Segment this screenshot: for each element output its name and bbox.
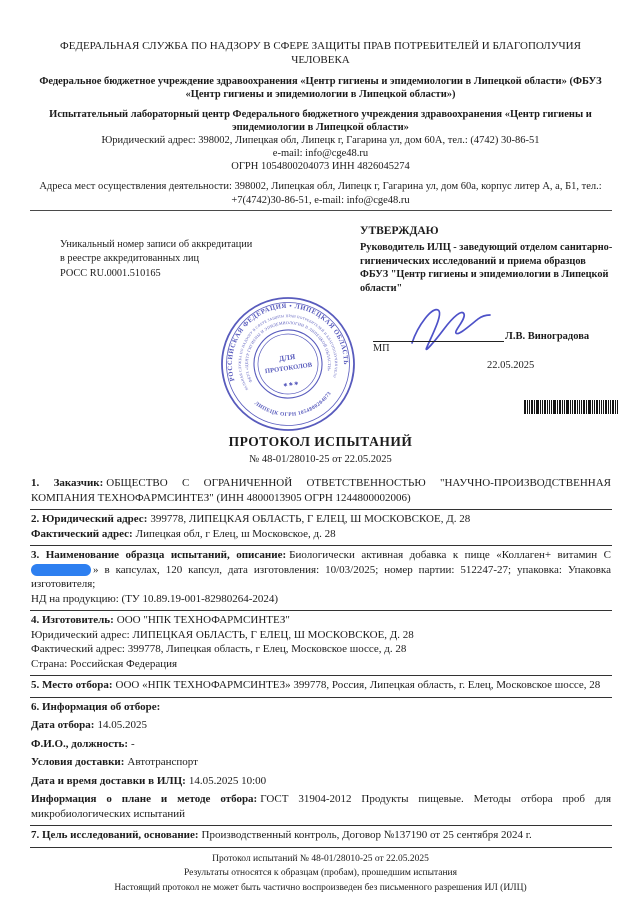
accreditation-block: Уникальный номер записи об аккредитации …: [60, 238, 290, 281]
stamp-center-line-2: ПРОТОКОЛОВ: [265, 362, 314, 376]
protocol-title: ПРОТОКОЛ ИСПЫТАНИЙ: [0, 434, 641, 450]
header-divider-line: [30, 210, 612, 211]
document-header: ФЕДЕРАЛЬНАЯ СЛУЖБА ПО НАДЗОРУ В СФЕРЕ ЗА…: [31, 40, 610, 207]
svg-text:ЛИПЕЦК ОГРН 1054800204073: ЛИПЕЦК ОГРН 1054800204073: [253, 390, 336, 423]
sampling-date-label: Дата отбора:: [31, 719, 94, 731]
footer-reproduction-note: Настоящий протокол не может быть частичн…: [31, 881, 610, 895]
delivery-conditions-label: Условия доставки:: [31, 756, 124, 768]
barcode-icon: [524, 400, 619, 414]
sampling-place-value: ООО «НПК ТЕХНОФАРМСИНТЕЗ» 399778, Россия…: [116, 679, 601, 691]
sampling-info-label: 6. Информация об отборе:: [31, 700, 608, 715]
section-customer-label: 1. Заказчик:: [31, 477, 103, 489]
protocol-document-page: ФЕДЕРАЛЬНАЯ СЛУЖБА ПО НАДЗОРУ В СФЕРЕ ЗА…: [0, 0, 641, 908]
sample-name-label: 3. Наименование образца испытаний, описа…: [31, 549, 286, 561]
protocol-number: № 48-01/28010-25 от 22.05.2025: [0, 454, 641, 465]
sampling-date-value: 14.05.2025: [97, 719, 147, 731]
laboratory-center-name: Испытательный лабораторный центр Федерал…: [31, 108, 610, 134]
accreditation-number: РОСС RU.0001.510165: [60, 267, 290, 281]
manufacturer-legal-address: Юридический адрес: ЛИПЕЦКАЯ ОБЛАСТЬ, Г Е…: [31, 628, 611, 643]
section-sample-name: 3. Наименование образца испытаний, описа…: [30, 545, 612, 610]
sampling-place-label: 5. Место отбора:: [31, 679, 113, 691]
ogrn-inn-line: ОГРН 1054800204073 ИНН 4826045274: [31, 160, 610, 173]
mp-label: МП: [373, 343, 619, 354]
stamp-stars: ✱ ✱ ✱: [283, 381, 299, 389]
stamp-ring-bottom-text: ЛИПЕЦК ОГРН 1054800204073: [253, 390, 336, 423]
delivery-conditions-value: Автотранспорт: [127, 756, 198, 768]
sample-name-value-start: Биологически активная добавка к пище «Ко…: [289, 549, 611, 561]
approval-block: УТВЕРЖДАЮ Руководитель ИЛЦ - заведующий …: [360, 224, 615, 295]
federal-service-name: ФЕДЕРАЛЬНАЯ СЛУЖБА ПО НАДЗОРУ В СФЕРЕ ЗА…: [31, 40, 610, 68]
organization-name: Федеральное бюджетное учреждение здравоо…: [31, 75, 610, 101]
signature-block: Л.В. Виноградова МП 22.05.2025: [373, 329, 619, 371]
protocol-title-block: ПРОТОКОЛ ИСПЫТАНИЙ № 48-01/28010-25 от 2…: [0, 434, 641, 465]
sampling-date-row: Дата отбора:14.05.2025: [31, 718, 611, 733]
stamp-center-line-1: ДЛЯ: [278, 352, 296, 363]
approver-position: Руководитель ИЛЦ - заведующий отделом са…: [360, 241, 615, 295]
section-purpose: 7. Цель исследований, основание:Производ…: [30, 825, 612, 847]
section-customer-value: ОБЩЕСТВО С ОГРАНИЧЕННОЙ ОТВЕТСТВЕННОСТЬЮ…: [31, 477, 611, 504]
email-line: e-mail: info@cge48.ru: [31, 147, 610, 160]
sampler-name-value: -: [131, 738, 135, 750]
sampling-method-label: Информация о плане и методе отбора:: [31, 793, 257, 805]
legal-address-line: Юридический адрес: 398002, Липецкая обл,…: [31, 134, 610, 147]
document-footer: Протокол испытаний № 48-01/28010-25 от 2…: [31, 852, 610, 895]
manufacturer-value: ООО "НПК ТЕХНОФАРМСИНТЕЗ": [117, 614, 290, 626]
manufacturer-country: Страна: Российская Федерация: [31, 657, 611, 672]
actual-address-label: Фактический адрес:: [31, 528, 133, 540]
signer-name: Л.В. Виноградова: [504, 331, 589, 342]
manufacturer-actual-address: Фактический адрес: 399778, Липецкая обла…: [31, 642, 611, 657]
manufacturer-label: 4. Изготовитель:: [31, 614, 114, 626]
round-stamp-icon: РОССИЙСКАЯ ФЕДЕРАЦИЯ • ЛИПЕЦКАЯ ОБЛАСТЬ …: [218, 294, 358, 434]
section-manufacturer: 4. Изготовитель:ООО "НПК ТЕХНОФАРМСИНТЕЗ…: [30, 610, 612, 675]
protocol-sections: 1. Заказчик:ОБЩЕСТВО С ОГРАНИЧЕННОЙ ОТВЕ…: [30, 474, 612, 848]
footer-protocol-number: Протокол испытаний № 48-01/28010-25 от 2…: [31, 852, 610, 866]
delivery-datetime-row: Дата и время доставки в ИЛЦ:14.05.2025 1…: [31, 774, 611, 789]
nd-line: НД на продукцию: (ТУ 10.89.19-001-829802…: [31, 592, 611, 607]
signature-line: [373, 329, 504, 342]
delivery-datetime-label: Дата и время доставки в ИЛЦ:: [31, 775, 186, 787]
legal-address-label: 2. Юридический адрес:: [31, 513, 147, 525]
actual-address-value: Липецкая обл, г Елец, ш Московское, д. 2…: [136, 528, 336, 540]
sampler-name-row: Ф.И.О., должность:-: [31, 737, 611, 752]
stamp-ring-inner-text: ФБУЗ «ЦЕНТР ГИГИЕНЫ И ЭПИДЕМИОЛОГИИ В ЛИ…: [238, 314, 333, 383]
approval-heading: УТВЕРЖДАЮ: [360, 224, 615, 239]
sample-name-value-end: » в капсулах, 120 капсул, дата изготовле…: [31, 564, 611, 591]
redaction-blob: [31, 564, 91, 576]
footer-results-note: Результаты относятся к образцам (пробам)…: [31, 866, 610, 880]
sampler-name-label: Ф.И.О., должность:: [31, 738, 128, 750]
purpose-label: 7. Цель исследований, основание:: [31, 829, 199, 841]
section-customer: 1. Заказчик:ОБЩЕСТВО С ОГРАНИЧЕННОЙ ОТВЕ…: [30, 474, 612, 509]
section-legal-address: 2. Юридический адрес:399778, ЛИПЕЦКАЯ ОБ…: [30, 509, 612, 545]
delivery-conditions-row: Условия доставки:Автотранспорт: [31, 755, 611, 770]
sampling-method-row: Информация о плане и методе отбора:ГОСТ …: [31, 792, 611, 821]
activity-addresses-line: Адреса мест осуществления деятельности: …: [31, 180, 610, 206]
accreditation-line-2: в реестре аккредитованных лиц: [60, 252, 290, 266]
svg-text:ФБУЗ «ЦЕНТР ГИГИЕНЫ И ЭПИДЕМИО: ФБУЗ «ЦЕНТР ГИГИЕНЫ И ЭПИДЕМИОЛОГИИ В ЛИ…: [238, 314, 333, 383]
delivery-datetime-value: 14.05.2025 10:00: [189, 775, 266, 787]
accreditation-line-1: Уникальный номер записи об аккредитации: [60, 238, 290, 252]
legal-address-value: 399778, ЛИПЕЦКАЯ ОБЛАСТЬ, Г ЕЛЕЦ, Ш МОСК…: [150, 513, 470, 525]
purpose-value: Производственный контроль, Договор №1371…: [202, 829, 532, 841]
section-sampling-place: 5. Место отбора:ООО «НПК ТЕХНОФАРМСИНТЕЗ…: [30, 675, 612, 697]
approval-date: 22.05.2025: [487, 360, 619, 371]
section-sampling-info: 6. Информация об отборе: Дата отбора:14.…: [30, 697, 612, 826]
